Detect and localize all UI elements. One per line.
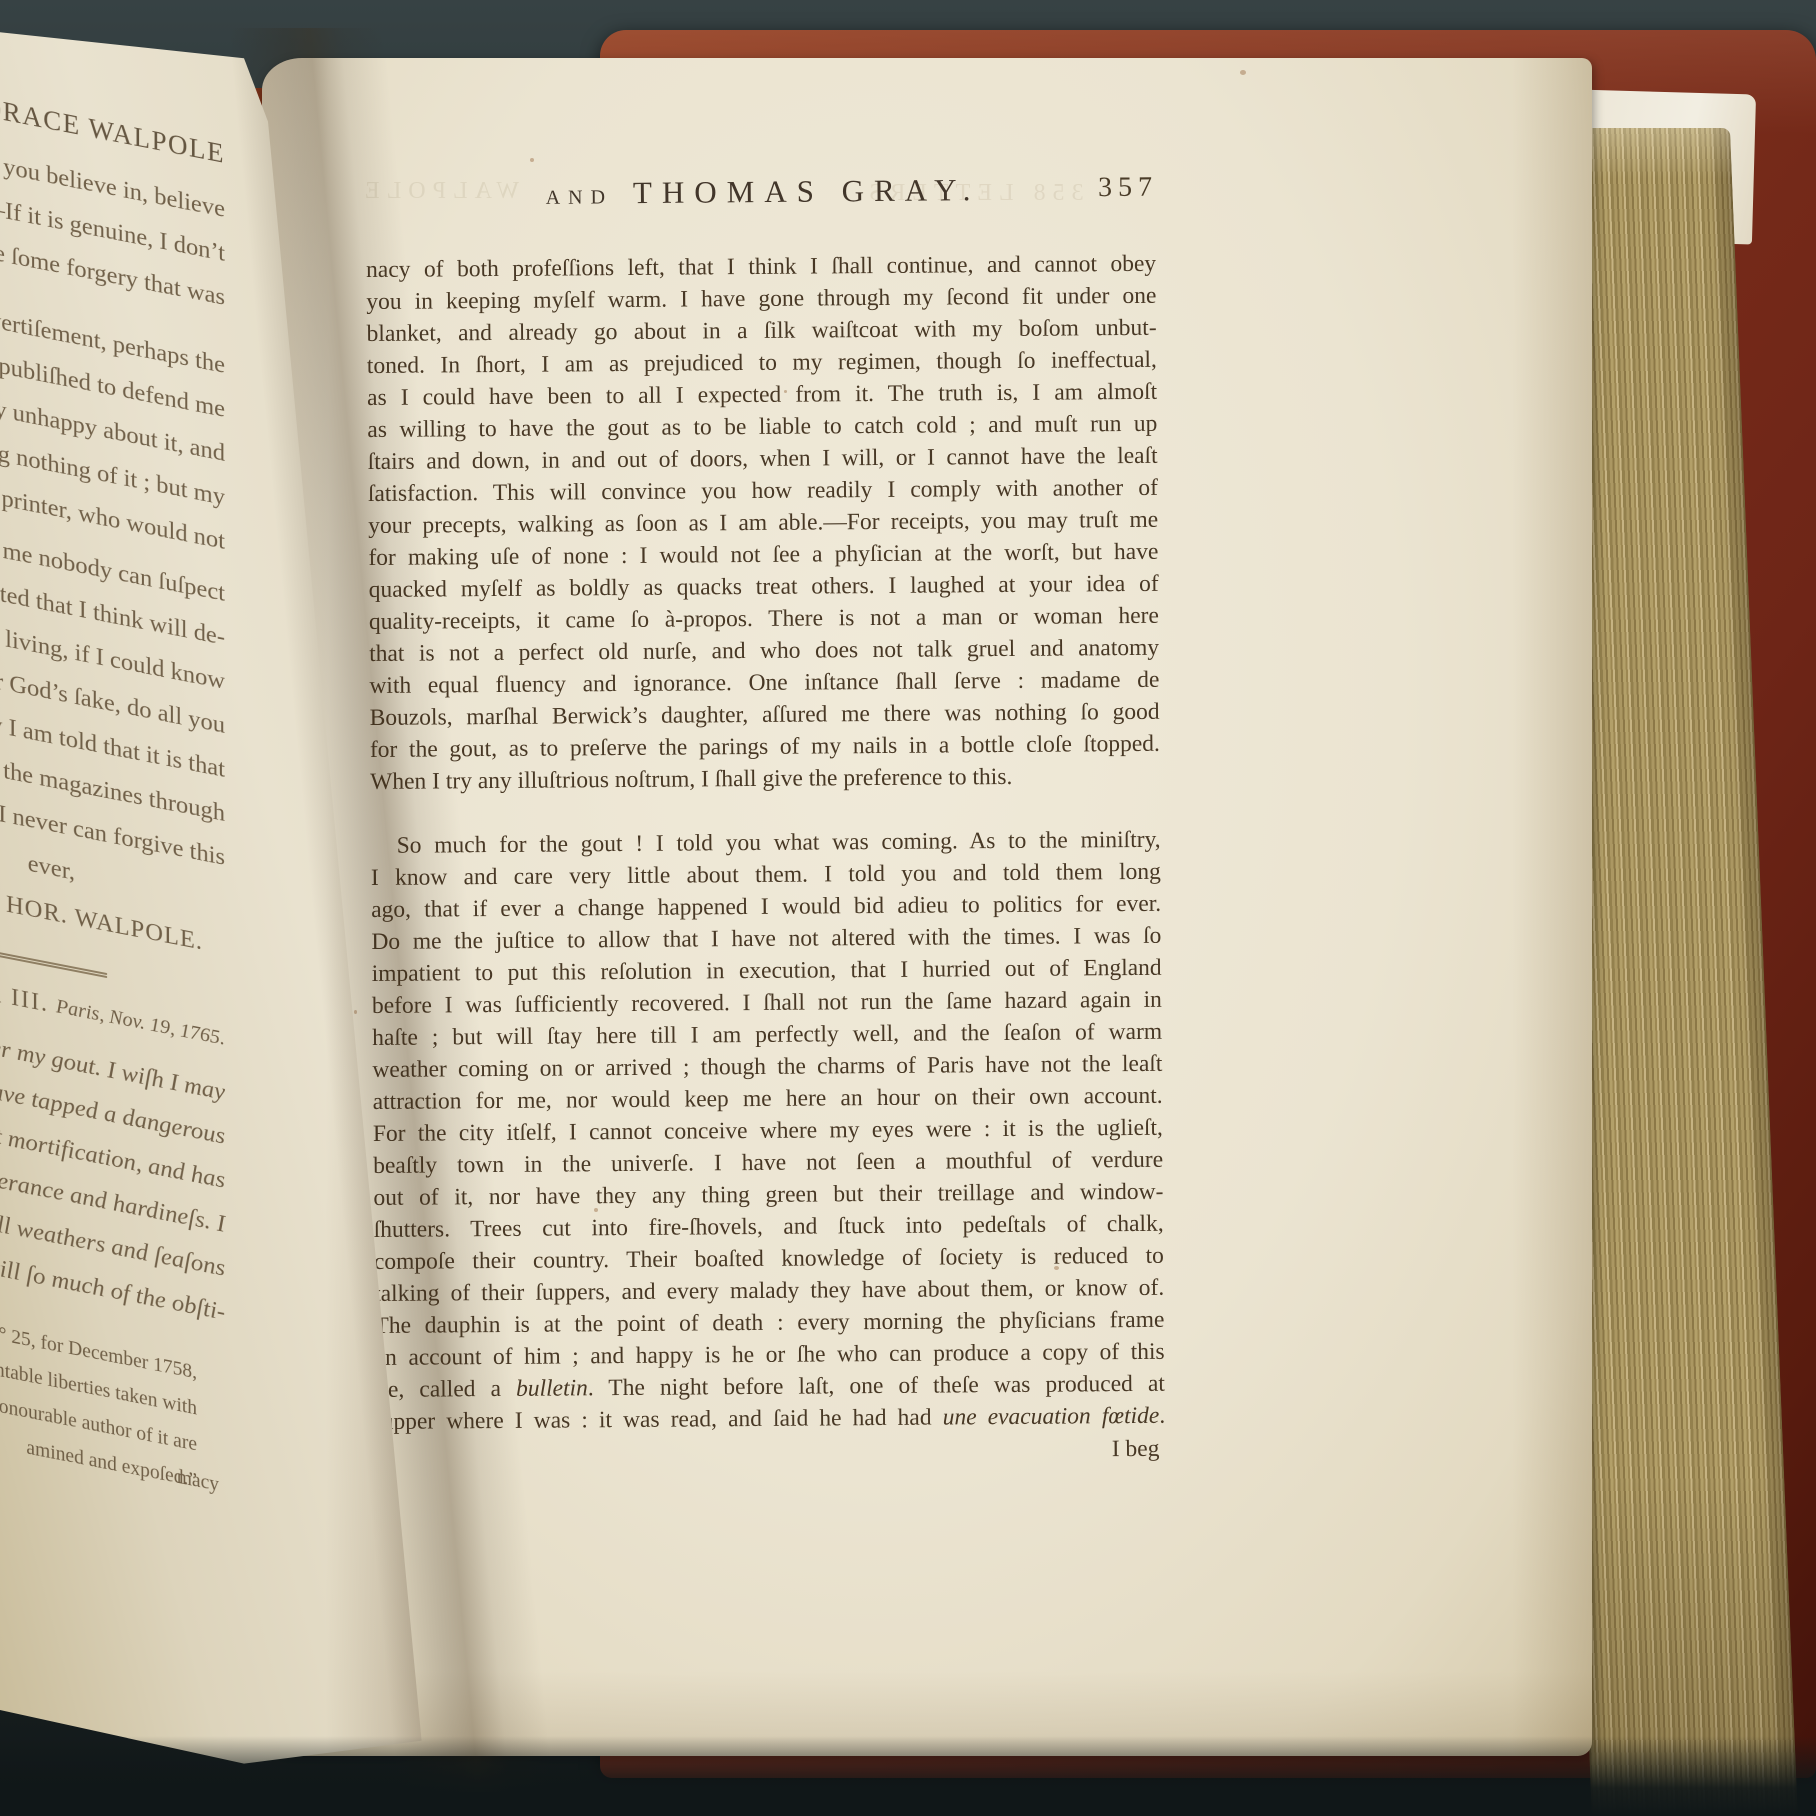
left-page-text: ON. HORACE WALPOLE y body that you belie…: [0, 55, 225, 1505]
running-header: ANDTHOMAS GRAY.: [368, 171, 1158, 214]
text-line: for the gout, as to preſerve the parings…: [370, 728, 1160, 766]
running-header-prefix: AND: [546, 186, 614, 209]
catchword: I beg: [375, 1433, 1165, 1471]
page-number: 357: [1062, 172, 1158, 205]
paragraph: nacy of both profeſſions left, that I th…: [366, 248, 1160, 798]
text-line: ſupper where I was : it was read, and ſa…: [375, 1400, 1165, 1438]
text-line: When I try any illuſtrious noſtrum, I ſh…: [370, 760, 1160, 798]
open-book-photograph: WALPOLE 358 LETTERS ANDTHOMAS GRAY. 357 …: [0, 0, 1816, 1816]
foxing-speck: [784, 390, 787, 393]
foxing-speck: [1054, 1266, 1059, 1270]
foxing-speck: [594, 1208, 598, 1212]
running-header-title: THOMAS GRAY.: [633, 172, 981, 210]
right-page: WALPOLE 358 LETTERS ANDTHOMAS GRAY. 357 …: [262, 58, 1592, 1756]
letter-body: nacy of both profeſſions left, that I th…: [366, 248, 1166, 1471]
paragraph: So much for the gout ! I told you what w…: [371, 824, 1166, 1438]
foxing-speck: [354, 1010, 357, 1014]
foxing-speck: [530, 158, 534, 162]
letter-number: R III.: [0, 970, 49, 1026]
foxing-speck: [1240, 70, 1246, 75]
